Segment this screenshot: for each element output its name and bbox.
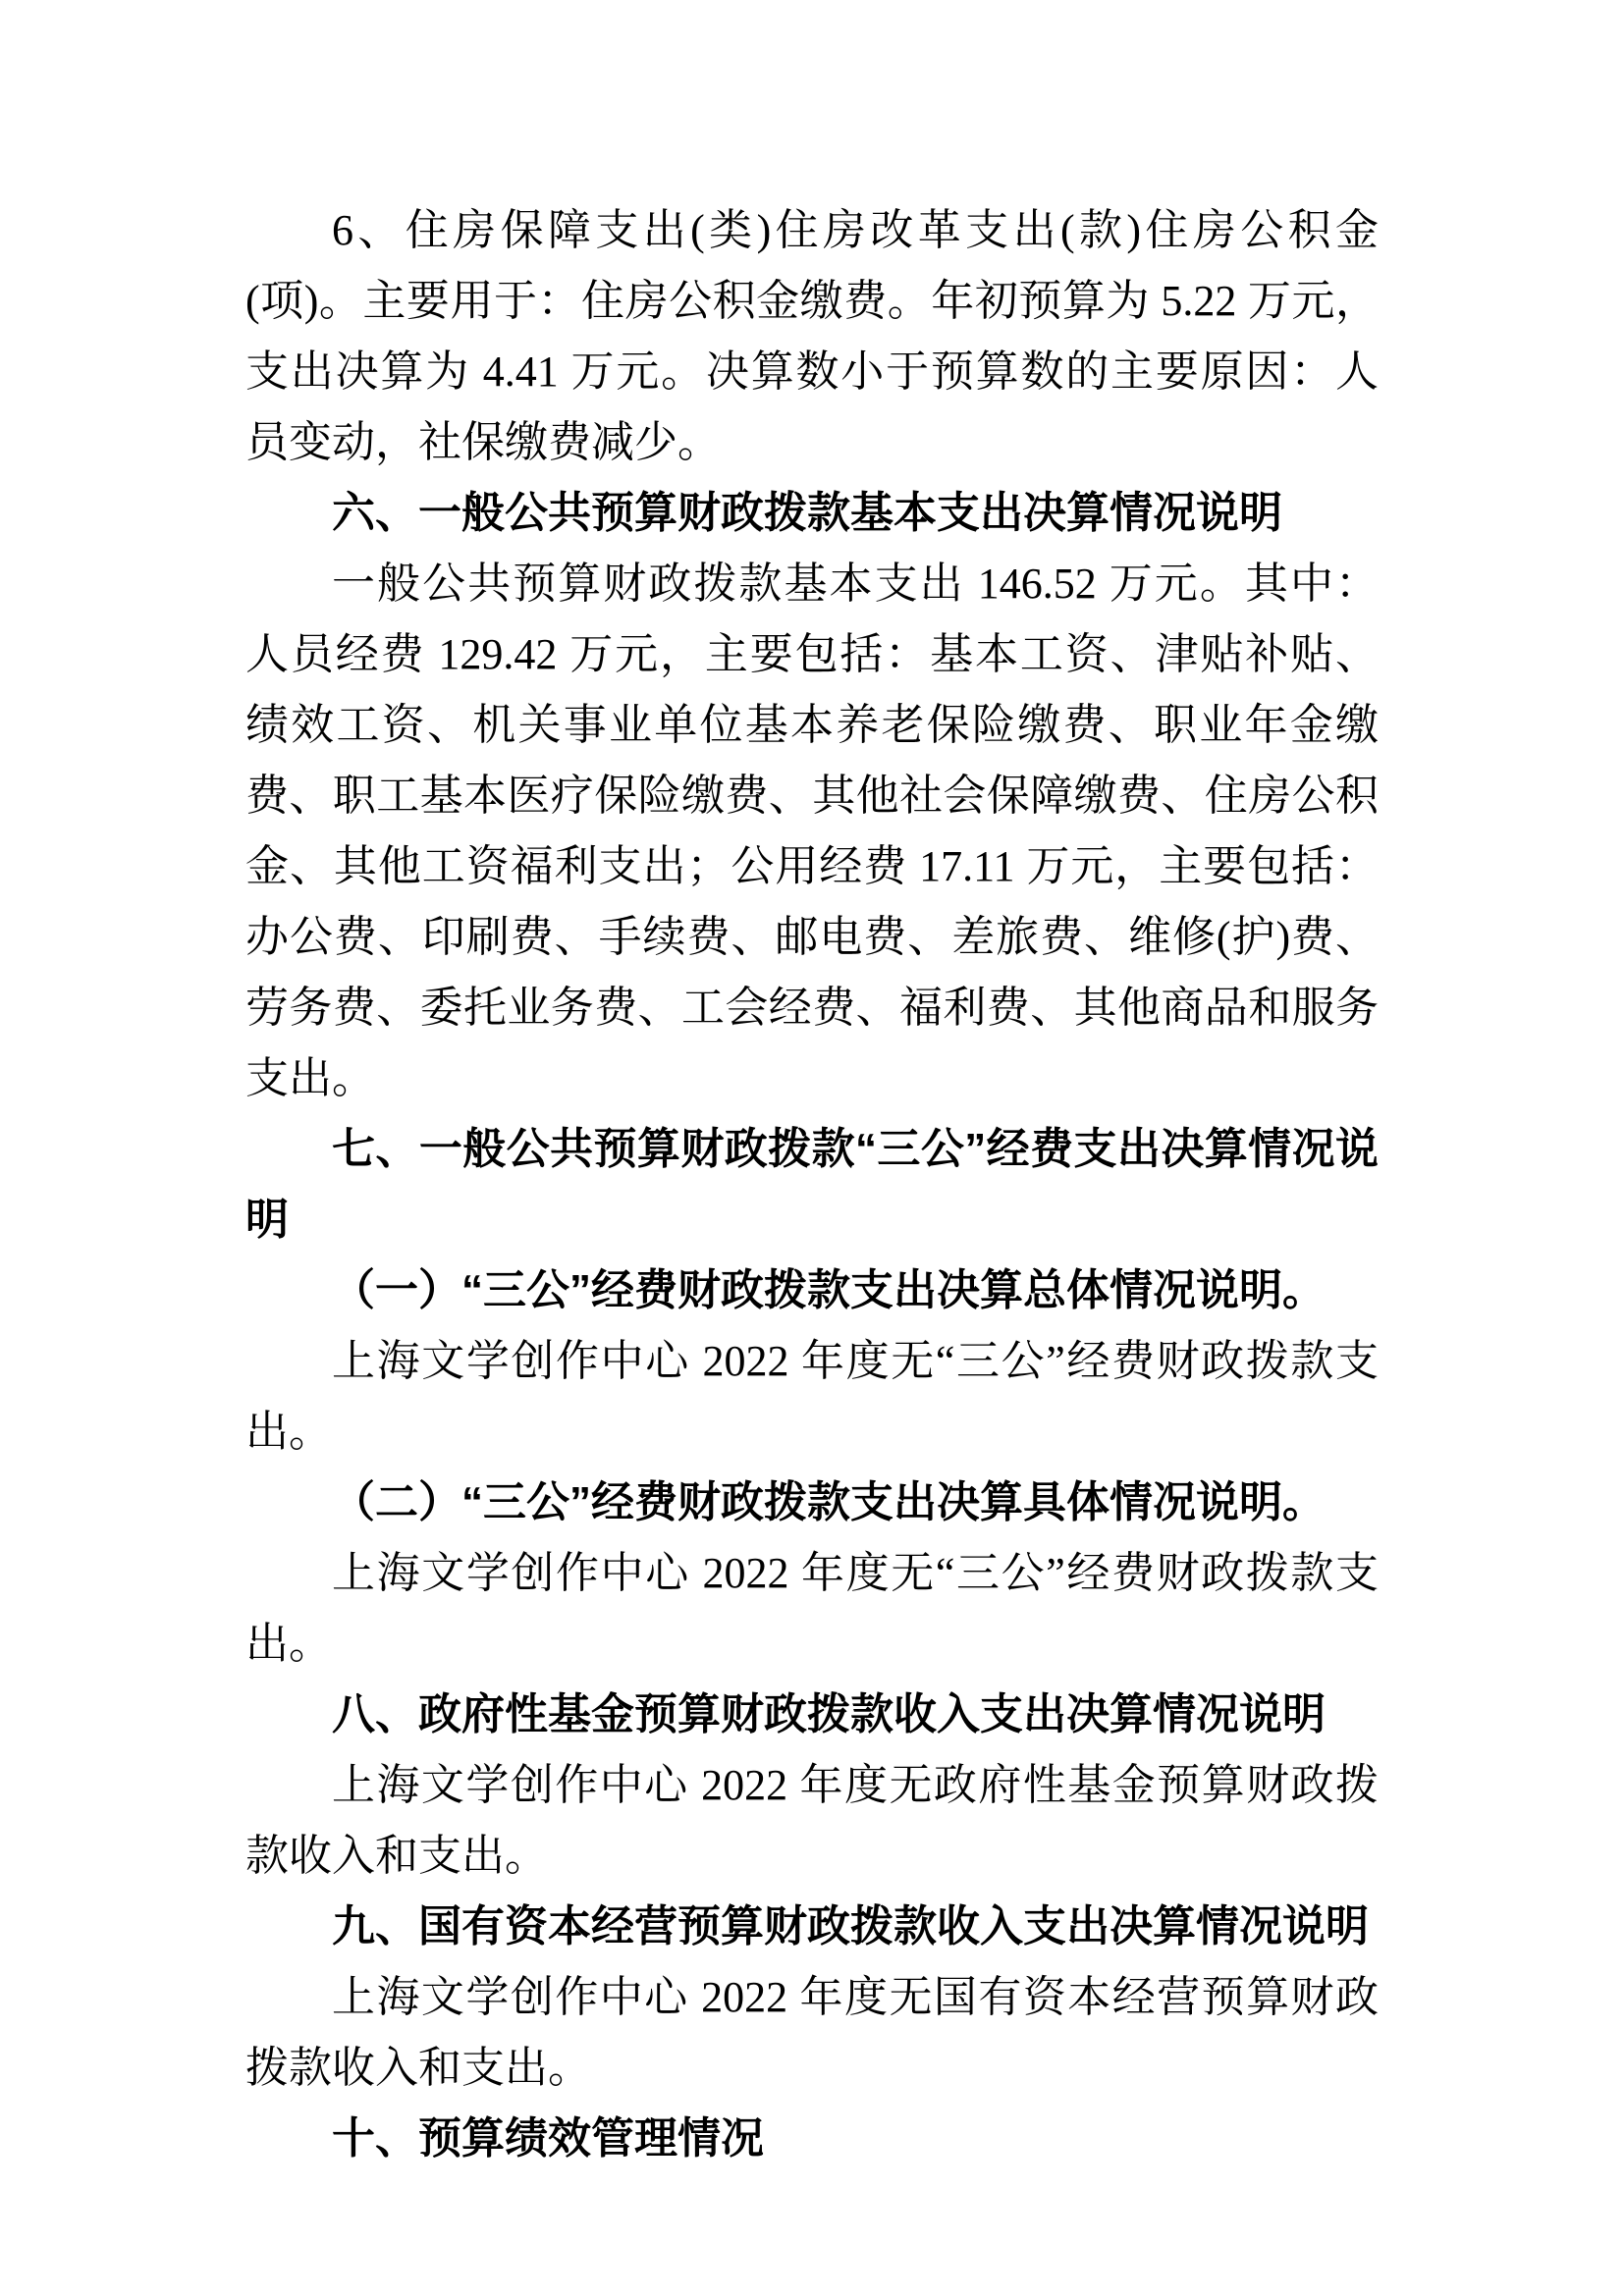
section-heading: 十、预算绩效管理情况	[245, 2104, 1379, 2174]
body-paragraph: 上海文学创作中心 2022 年度无国有资本经营预算财政拨款收入和支出。	[245, 1962, 1379, 2104]
section-heading: （一）“三公”经费财政拨款支出决算总体情况说明。	[245, 1255, 1379, 1326]
body-paragraph: 上海文学创作中心 2022 年度无“三公”经费财政拨款支出。	[245, 1326, 1379, 1468]
section-heading: 九、国有资本经营预算财政拨款收入支出决算情况说明	[245, 1892, 1379, 1962]
section-heading: 八、政府性基金预算财政拨款收入支出决算情况说明	[245, 1680, 1379, 1750]
body-paragraph: 上海文学创作中心 2022 年度无“三公”经费财政拨款支出。	[245, 1538, 1379, 1680]
document-content: 6、住房保障支出(类)住房改革支出(款)住房公积金(项)。主要用于：住房公积金缴…	[245, 195, 1379, 2174]
document-page: 6、住房保障支出(类)住房改革支出(款)住房公积金(项)。主要用于：住房公积金缴…	[0, 0, 1624, 2296]
body-paragraph: 上海文学创作中心 2022 年度无政府性基金预算财政拨款收入和支出。	[245, 1750, 1379, 1892]
section-heading: 六、一般公共预算财政拨款基本支出决算情况说明	[245, 478, 1379, 549]
body-paragraph: 一般公共预算财政拨款基本支出 146.52 万元。其中：人员经费 129.42 …	[245, 549, 1379, 1114]
section-heading: 七、一般公共预算财政拨款“三公”经费支出决算情况说明	[245, 1114, 1379, 1255]
section-heading: （二）“三公”经费财政拨款支出决算具体情况说明。	[245, 1468, 1379, 1538]
body-paragraph: 6、住房保障支出(类)住房改革支出(款)住房公积金(项)。主要用于：住房公积金缴…	[245, 195, 1379, 478]
